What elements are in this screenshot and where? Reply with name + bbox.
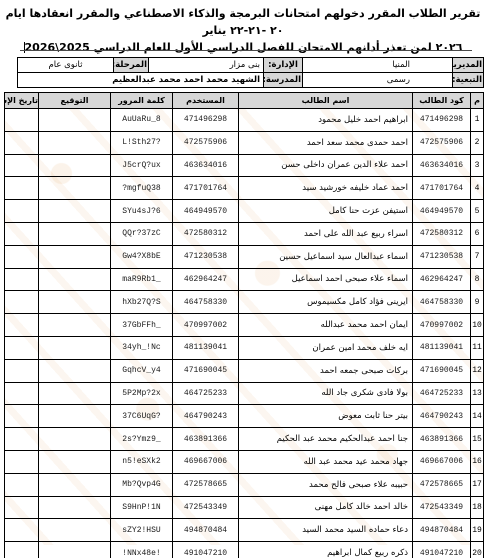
student-name-cell: استيفن عزت حنا كامل [239, 200, 413, 223]
table-row: 4471701764احمد عماد خليفه خورشيد سيد4717… [5, 177, 484, 200]
password-cell: Mb?Qvp4G [111, 473, 173, 496]
username-cell: 464725233 [173, 382, 239, 405]
receipt-date-cell [5, 245, 39, 268]
header-username: المستخدم [173, 93, 239, 109]
row-number-cell: 14 [471, 405, 484, 428]
receipt-date-cell [5, 405, 39, 428]
signature-cell [39, 131, 111, 154]
signature-cell [39, 177, 111, 200]
password-cell: ?37C6UqG [111, 405, 173, 428]
student-code-cell: 472580312 [413, 222, 471, 245]
student-name-cell: ايه خلف محمد امين عمران [239, 336, 413, 359]
administration-value: بنى مزار [149, 58, 264, 73]
signature-cell [39, 200, 111, 223]
header-no: م [471, 93, 484, 109]
signature-cell [39, 222, 111, 245]
username-cell: 472543349 [173, 496, 239, 519]
student-name-cell: حبيبه علاء صبحى فالح محمد [239, 473, 413, 496]
username-cell: 463634016 [173, 154, 239, 177]
password-cell: S9HnP!1N [111, 496, 173, 519]
signature-cell [39, 268, 111, 291]
school-value: الشهيد محمد احمد محمد عبدالعظيم [18, 73, 264, 88]
row-number-cell: 16 [471, 450, 484, 473]
student-name-cell: احمد علاء الدين عمران داخلى حسن [239, 154, 413, 177]
signature-cell [39, 542, 111, 558]
username-cell: 463891366 [173, 428, 239, 451]
directorate-label: المديرية: [453, 58, 484, 73]
receipt-date-cell [5, 542, 39, 558]
table-row: 16469667006جهاد محمد عيد محمد عبد الله46… [5, 450, 484, 473]
receipt-date-cell [5, 473, 39, 496]
table-row: 1471496298ابراهيم احمد خليل محمود4714962… [5, 109, 484, 132]
signature-cell [39, 109, 111, 132]
username-cell: 472580312 [173, 222, 239, 245]
student-code-cell: 471496298 [413, 109, 471, 132]
student-name-cell: ابراهيم احمد خليل محمود [239, 109, 413, 132]
row-number-cell: 5 [471, 200, 484, 223]
signature-cell [39, 519, 111, 542]
students-table-header: م كود الطالب اسم الطالب المستخدم كلمة ال… [5, 93, 484, 109]
username-cell: 470997002 [173, 314, 239, 337]
students-table: م كود الطالب اسم الطالب المستخدم كلمة ال… [4, 92, 484, 558]
student-name-cell: ايرينى فؤاد كامل مكسيموس [239, 291, 413, 314]
row-number-cell: 8 [471, 268, 484, 291]
username-cell: 471496298 [173, 109, 239, 132]
student-code-cell: 481139041 [413, 336, 471, 359]
affiliation-value: رسمى [303, 73, 453, 88]
student-code-cell: 472543349 [413, 496, 471, 519]
table-row: 3463634016احمد علاء الدين عمران داخلى حس… [5, 154, 484, 177]
row-number-cell: 11 [471, 336, 484, 359]
header-signature: التوقيع [39, 93, 111, 109]
student-code-cell: 470997002 [413, 314, 471, 337]
row-number-cell: 2 [471, 131, 484, 154]
password-cell: n5!eSXk2 [111, 450, 173, 473]
stage-value: ثانوى عام [18, 58, 114, 73]
row-number-cell: 19 [471, 519, 484, 542]
row-number-cell: 9 [471, 291, 484, 314]
password-cell: 8_AuUaRu [111, 109, 173, 132]
student-code-cell: 463891366 [413, 428, 471, 451]
school-info-table: المديرية: المنيا الإدارة: بنى مزار المرح… [17, 57, 484, 88]
stage-label: المرحلة: [114, 58, 149, 73]
table-row: 2472575906احمد حمدى محمد سعد احمد4725759… [5, 131, 484, 154]
student-code-cell: 469667006 [413, 450, 471, 473]
row-number-cell: 3 [471, 154, 484, 177]
student-name-cell: جنا احمد عبدالحكيم محمد عبد الحكيم [239, 428, 413, 451]
username-cell: 471690045 [173, 359, 239, 382]
signature-cell [39, 496, 111, 519]
receipt-date-cell [5, 200, 39, 223]
report-title: تقرير الطلاب المقرر دخولهم امتحانات البر… [0, 5, 486, 56]
signature-cell [39, 291, 111, 314]
signature-cell [39, 154, 111, 177]
receipt-date-cell [5, 131, 39, 154]
username-cell: 472578665 [173, 473, 239, 496]
receipt-date-cell [5, 496, 39, 519]
receipt-date-cell [5, 519, 39, 542]
table-row: 5464949570استيفن عزت حنا كامل4649495706?… [5, 200, 484, 223]
receipt-date-cell [5, 154, 39, 177]
username-cell: 481139041 [173, 336, 239, 359]
student-code-cell: 464758330 [413, 291, 471, 314]
students-tbody: 1471496298ابراهيم احمد خليل محمود4714962… [5, 109, 484, 558]
table-row: 6472580312اسراء ربيع عبد الله على احمد47… [5, 222, 484, 245]
username-cell: 471230538 [173, 245, 239, 268]
signature-cell [39, 428, 111, 451]
row-number-cell: 6 [471, 222, 484, 245]
table-row: 19494870484دعاء حماده السيد محمد السيد49… [5, 519, 484, 542]
password-cell: mgfuQ38? [111, 177, 173, 200]
password-cell: _2s?Ymz9 [111, 428, 173, 451]
report-title-line2-text: ٢٠٢٦ لمن تعذر أدانهم الامتحان للفصل الدر… [94, 41, 463, 54]
password-cell: Gw4?X8bE [111, 245, 173, 268]
affiliation-label: التبعية: [453, 73, 484, 88]
receipt-date-cell [5, 109, 39, 132]
signature-cell [39, 450, 111, 473]
student-name-cell: خالد احمد خالد كامل مهنى [239, 496, 413, 519]
receipt-date-cell [5, 428, 39, 451]
password-cell: QQr?37zC [111, 222, 173, 245]
row-number-cell: 12 [471, 359, 484, 382]
receipt-date-cell [5, 336, 39, 359]
username-cell: 494870484 [173, 519, 239, 542]
student-code-cell: 464790243 [413, 405, 471, 428]
username-cell: 472575906 [173, 131, 239, 154]
receipt-date-cell [5, 177, 39, 200]
password-cell: _maR9Rb1 [111, 268, 173, 291]
student-name-cell: اسماء علاء صبحى احمد اسماعيل [239, 268, 413, 291]
password-cell: sZY2!HSU [111, 519, 173, 542]
student-name-cell: بيتر حنا ثابت معوض [239, 405, 413, 428]
directorate-value: المنيا [303, 58, 453, 73]
row-number-cell: 13 [471, 382, 484, 405]
student-name-cell: اسراء ربيع عبد الله على احمد [239, 222, 413, 245]
title-underline [20, 50, 472, 51]
table-row: 10470997002ايمان احمد محمد عبدالله470997… [5, 314, 484, 337]
info-row-1: المديرية: المنيا الإدارة: بنى مزار المرح… [18, 58, 484, 73]
table-row: 11481139041ايه خلف محمد امين عمران481139… [5, 336, 484, 359]
school-label: المدرسة: [264, 73, 303, 88]
table-row: 18472543349خالد احمد خالد كامل مهنى47254… [5, 496, 484, 519]
info-row-2: التبعية: رسمى المدرسة: الشهيد محمد احمد … [18, 73, 484, 88]
username-cell: 491047210 [173, 542, 239, 558]
header-password: كلمة المرور [111, 93, 173, 109]
row-number-cell: 18 [471, 496, 484, 519]
username-cell: 462964247 [173, 268, 239, 291]
student-name-cell: جهاد محمد عيد محمد عبد الله [239, 450, 413, 473]
header-student-name: اسم الطالب [239, 93, 413, 109]
row-number-cell: 1 [471, 109, 484, 132]
password-cell: J5crQ?ux [111, 154, 173, 177]
signature-cell [39, 405, 111, 428]
student-name-cell: بولا فادى شكرى جاد الله [239, 382, 413, 405]
signature-cell [39, 359, 111, 382]
student-code-cell: 494870484 [413, 519, 471, 542]
password-cell: _37GbFFh [111, 314, 173, 337]
administration-label: الإدارة: [264, 58, 303, 73]
row-number-cell: 15 [471, 428, 484, 451]
password-cell: GqhcV_y4 [111, 359, 173, 382]
student-code-cell: 463634016 [413, 154, 471, 177]
student-name-cell: احمد حمدى محمد سعد احمد [239, 131, 413, 154]
student-name-cell: ذكره ربيع كمال ابراهيم [239, 542, 413, 558]
student-code-cell: 472575906 [413, 131, 471, 154]
report-title-line2: ٢٠٢٦ لمن تعذر أدانهم الامتحان للفصل الدر… [0, 39, 486, 56]
student-code-cell: 471701764 [413, 177, 471, 200]
signature-cell [39, 245, 111, 268]
password-cell: !NNx48e! [111, 542, 173, 558]
table-row: 8462964247اسماء علاء صبحى احمد اسماعيل46… [5, 268, 484, 291]
password-cell: 34yh_!Nc [111, 336, 173, 359]
receipt-date-cell [5, 359, 39, 382]
report-title-line1: تقرير الطلاب المقرر دخولهم امتحانات البر… [0, 5, 486, 39]
row-number-cell: 7 [471, 245, 484, 268]
receipt-date-cell [5, 222, 39, 245]
student-code-cell: 471230538 [413, 245, 471, 268]
table-row: 12471690045بركات صبحى جمعه احمد471690045… [5, 359, 484, 382]
signature-cell [39, 336, 111, 359]
password-cell: 5P2Mp?2x [111, 382, 173, 405]
student-name-cell: ايمان احمد محمد عبدالله [239, 314, 413, 337]
receipt-date-cell [5, 382, 39, 405]
table-row: 17472578665حبيبه علاء صبحى فالح محمد4725… [5, 473, 484, 496]
receipt-date-cell [5, 291, 39, 314]
student-name-cell: احمد عماد خليفه خورشيد سيد [239, 177, 413, 200]
header-receipt-date: تاريخ الإستلام [5, 93, 39, 109]
row-number-cell: 10 [471, 314, 484, 337]
receipt-date-cell [5, 268, 39, 291]
username-cell: 464790243 [173, 405, 239, 428]
username-cell: 469667006 [173, 450, 239, 473]
report-page: تقرير الطلاب المقرر دخولهم امتحانات البر… [0, 0, 486, 558]
row-number-cell: 17 [471, 473, 484, 496]
student-code-cell: 491047210 [413, 542, 471, 558]
row-number-cell: 20 [471, 542, 484, 558]
student-code-cell: 471690045 [413, 359, 471, 382]
table-row: 20491047210ذكره ربيع كمال ابراهيم4910472… [5, 542, 484, 558]
student-code-cell: 462964247 [413, 268, 471, 291]
student-code-cell: 464725233 [413, 382, 471, 405]
row-number-cell: 4 [471, 177, 484, 200]
receipt-date-cell [5, 314, 39, 337]
username-cell: 464758330 [173, 291, 239, 314]
signature-cell [39, 473, 111, 496]
table-row: 9464758330ايرينى فؤاد كامل مكسيموس464758… [5, 291, 484, 314]
student-name-cell: اسماء عبدالعال سيد اسماعيل حسين [239, 245, 413, 268]
password-cell: hXb27Q?S [111, 291, 173, 314]
student-code-cell: 472578665 [413, 473, 471, 496]
password-cell: 6?SYu4sJ [111, 200, 173, 223]
table-row: 14464790243بيتر حنا ثابت معوض464790243?3… [5, 405, 484, 428]
username-cell: 471701764 [173, 177, 239, 200]
username-cell: 464949570 [173, 200, 239, 223]
student-name-cell: بركات صبحى جمعه احمد [239, 359, 413, 382]
academic-year: 2026\2025 [25, 41, 90, 54]
header-student-code: كود الطالب [413, 93, 471, 109]
table-row: 13464725233بولا فادى شكرى جاد الله464725… [5, 382, 484, 405]
signature-cell [39, 314, 111, 337]
student-code-cell: 464949570 [413, 200, 471, 223]
receipt-date-cell [5, 450, 39, 473]
table-row: 15463891366جنا احمد عبدالحكيم محمد عبد ا… [5, 428, 484, 451]
student-name-cell: دعاء حماده السيد محمد السيد [239, 519, 413, 542]
signature-cell [39, 382, 111, 405]
table-row: 7471230538اسماء عبدالعال سيد اسماعيل حسي… [5, 245, 484, 268]
password-cell: ?L!Sth27 [111, 131, 173, 154]
